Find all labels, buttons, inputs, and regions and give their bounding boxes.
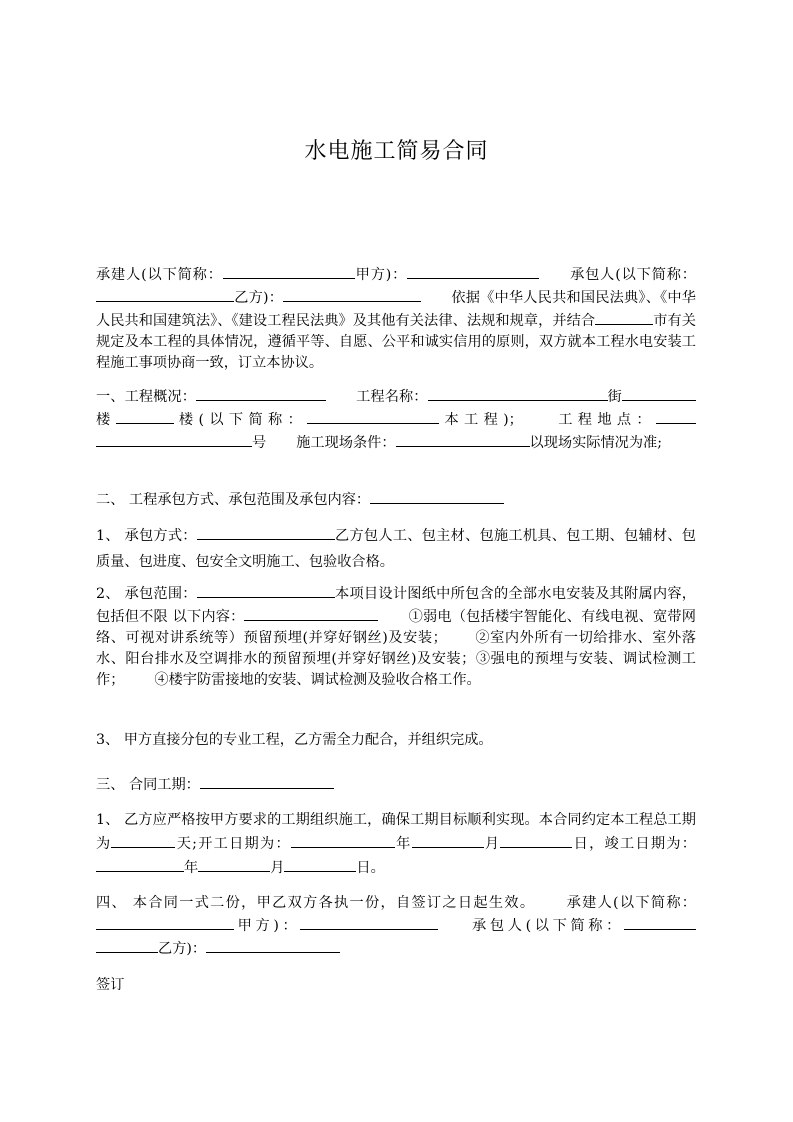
fill-in-blank[interactable]: [198, 856, 270, 872]
paragraph-text: 甲方)：: [234, 918, 300, 934]
fill-in-blank[interactable]: [428, 385, 608, 401]
paragraph-section-2-heading: 二、 工程承包方式、承包范围及承包内容：: [96, 488, 696, 511]
paragraph-text: 月: [270, 860, 284, 876]
fill-in-blank[interactable]: [196, 385, 326, 401]
fill-in-blank[interactable]: [624, 914, 696, 930]
paragraph-text: 2、 承包范围：: [96, 586, 197, 602]
fill-in-blank[interactable]: [291, 832, 395, 848]
paragraph-text: 号: [252, 435, 266, 451]
paragraph-text: 二、 工程承包方式、承包范围及承包内容：: [96, 492, 370, 508]
paragraph-section-2-item-2: 2、 承包范围：本项目设计图纸中所包含的全部水电安装及其附属内容，包括但不限 以…: [96, 582, 696, 691]
paragraph-text: 承包人(以下简称：: [569, 267, 696, 283]
fill-in-blank[interactable]: [595, 309, 653, 325]
paragraph-text: 工程地点：: [553, 412, 656, 428]
paragraph-section-3-item-1: 1、 乙方应严格按甲方要求的工期组织施工，确保工期目标顺利实现。本合同约定本工程…: [96, 808, 696, 880]
paragraph-text: 年: [395, 836, 412, 852]
fill-in-blank[interactable]: [96, 937, 158, 953]
paragraph-text: 承建人(以下简称：: [96, 267, 223, 283]
paragraph-text: 承建人(以下简称：: [565, 895, 696, 911]
fill-in-blank[interactable]: [622, 385, 640, 401]
paragraph-text: 年: [184, 860, 198, 876]
fill-in-blank[interactable]: [300, 914, 438, 930]
fill-in-blank[interactable]: [96, 856, 184, 872]
paragraph-text: 乙方)：: [158, 941, 206, 957]
fill-in-blank[interactable]: [283, 286, 421, 302]
fill-in-blank[interactable]: [412, 832, 484, 848]
paragraph-section-2-item-3: 3、 甲方直接分包的专业工程，乙方需全力配合，并组织完成。: [96, 730, 696, 751]
fill-in-blank[interactable]: [223, 263, 355, 279]
fill-in-blank[interactable]: [96, 914, 234, 930]
paragraph-text: 施工现场条件：: [296, 435, 395, 451]
paragraph-text: 1、 承包方式：: [96, 528, 197, 544]
paragraph-text: 天;开工日期为：: [175, 836, 290, 852]
paragraph-text: 工程名称：: [356, 389, 428, 405]
paragraph-text: 3、 甲方直接分包的专业工程，乙方需全力配合，并组织完成。: [96, 732, 493, 748]
paragraph-signing: 签订: [96, 975, 696, 996]
paragraph-text: 三、 合同工期：: [96, 777, 200, 793]
paragraph-text: 以现场实际情况为准;: [530, 435, 662, 451]
paragraph-section-4: 四、 本合同一式二份，甲乙双方各执一份，自签订之日起生效。承建人(以下简称：甲方…: [96, 893, 696, 960]
paragraph-text: ④楼宇防雷接地的安装、调试检测及验收合格工作。: [154, 672, 480, 688]
paragraph-text: 本工程)；: [439, 412, 523, 428]
paragraph-text: 楼: [96, 412, 116, 428]
paragraph-text: 甲方)：: [355, 267, 407, 283]
paragraph-text: 街: [608, 389, 622, 405]
paragraph-section-2-item-1: 1、 承包方式：乙方包人工、包主材、包施工机具、包工期、包辅材、包质量、包进度、…: [96, 523, 696, 575]
fill-in-blank[interactable]: [396, 431, 530, 447]
fill-in-blank[interactable]: [197, 582, 335, 598]
fill-in-blank[interactable]: [206, 937, 340, 953]
fill-in-blank[interactable]: [500, 832, 572, 848]
fill-in-blank[interactable]: [307, 408, 439, 424]
fill-in-blank[interactable]: [96, 286, 234, 302]
document-title: 水电施工简易合同: [0, 136, 793, 168]
paragraph-text: 签订: [96, 977, 124, 993]
paragraph-text: 承包人(以下简称：: [468, 918, 624, 934]
paragraph-text: 四、 本合同一式二份，甲乙双方各执一份，自签订之日起生效。: [96, 895, 535, 911]
fill-in-blank[interactable]: [111, 832, 175, 848]
paragraph-text: 楼(以下简称：: [174, 412, 308, 428]
fill-in-blank[interactable]: [244, 605, 378, 621]
fill-in-blank[interactable]: [656, 408, 696, 424]
fill-in-blank[interactable]: [96, 431, 252, 447]
paragraph-text: 乙方)：: [234, 290, 283, 306]
paragraph-text: 日，竣工日期为：: [572, 836, 696, 852]
fill-in-blank[interactable]: [370, 488, 504, 504]
fill-in-blank[interactable]: [197, 524, 335, 540]
fill-in-blank[interactable]: [640, 385, 696, 401]
contract-page: 水电施工简易合同 承建人(以下简称：甲方)：承包人(以下简称：乙方)：依据《中华…: [0, 0, 793, 1122]
paragraph-preamble: 承建人(以下简称：甲方)：承包人(以下简称：乙方)：依据《中华人民共和国民法典》…: [96, 263, 696, 374]
paragraph-section-1-overview: 一、工程概况：工程名称：街楼楼(以下简称：本工程)；工程地点：号施工现场条件：以…: [96, 385, 696, 454]
paragraph-section-3-heading: 三、 合同工期：: [96, 773, 696, 796]
paragraph-text: 月: [484, 836, 501, 852]
fill-in-blank[interactable]: [116, 408, 174, 424]
fill-in-blank[interactable]: [284, 856, 356, 872]
fill-in-blank[interactable]: [407, 263, 539, 279]
paragraph-text: 日。: [356, 860, 384, 876]
fill-in-blank[interactable]: [200, 773, 334, 789]
paragraph-text: 一、工程概况：: [96, 389, 196, 405]
